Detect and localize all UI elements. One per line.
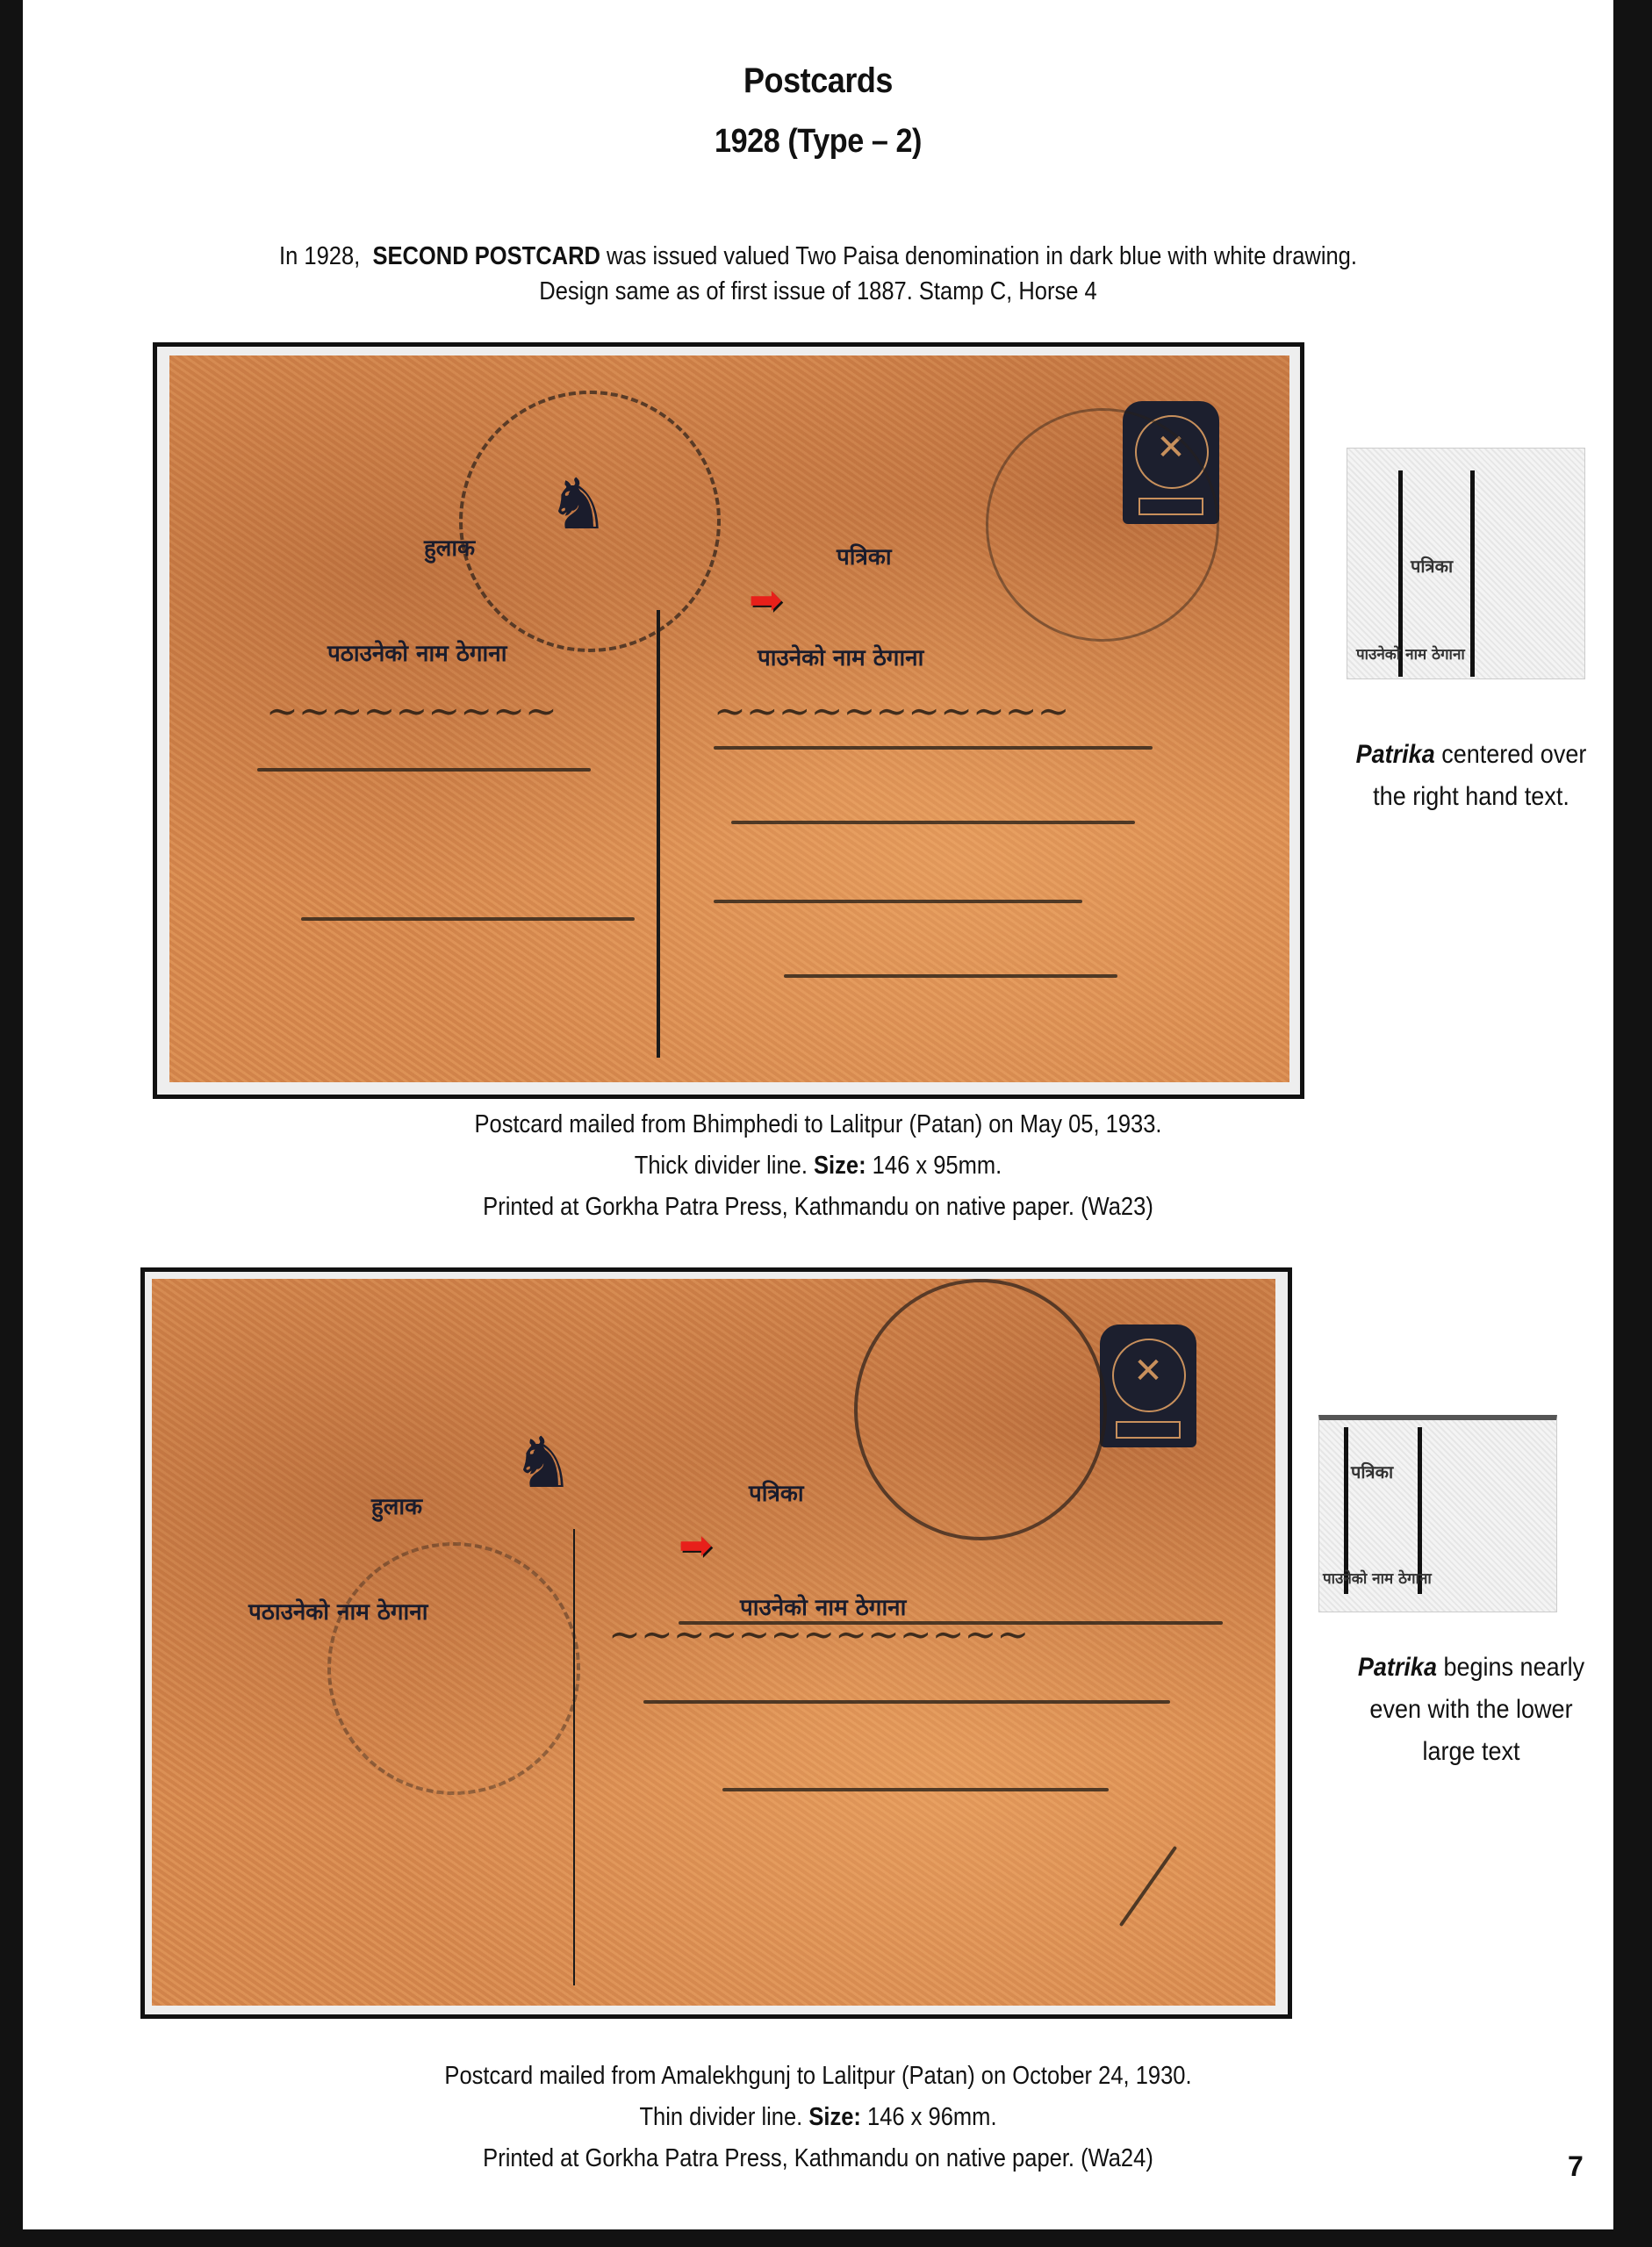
page-number: 7 xyxy=(1568,2150,1584,2183)
postcard-2-note: Patrika begins nearly even with the lowe… xyxy=(1345,1647,1598,1773)
caption-size-line: Thick divider line. Size: 146 x 95mm. xyxy=(119,1145,1519,1187)
postcard-1-caption: Postcard mailed from Bhimphedi to Lalitp… xyxy=(119,1104,1519,1228)
label-receiver-address: पाउनेको नाम ठेगाना xyxy=(758,641,923,672)
handwriting-line xyxy=(257,768,591,772)
postcard-2-image: ✕ ♞ हुलाक पत्रिका ➡ पठाउनेको नाम ठेगाना … xyxy=(152,1279,1275,2006)
label-hulak: हुलाक xyxy=(424,531,475,563)
caption-size-label: Size: xyxy=(808,2103,861,2131)
page-title: Postcards xyxy=(103,61,1534,101)
caption-route-date: Postcard mailed from Bhimphedi to Lalitp… xyxy=(119,1104,1519,1145)
intro-line-1: In 1928, SECOND POSTCARD was issued valu… xyxy=(119,239,1519,274)
postcard-1-detail-crop: पत्रिका पाउनेको नाम ठेगाना xyxy=(1347,448,1585,679)
handwriting-receiver-1: ~~~~~~~~~~~~~ xyxy=(608,1612,1029,1657)
handwriting-nepal xyxy=(1119,1846,1177,1927)
caption-printer: Printed at Gorkha Patra Press, Kathmandu… xyxy=(119,1187,1519,1228)
handwriting-line xyxy=(714,746,1153,750)
horse-emblem-icon: ♞ xyxy=(547,470,610,540)
label-patrika: पत्रिका xyxy=(837,540,892,571)
album-page: Postcards 1928 (Type – 2) In 1928, SECON… xyxy=(23,0,1613,2229)
caption-size-value: 146 x 96mm. xyxy=(867,2103,997,2131)
postcard-2-frame: ✕ ♞ हुलाक पत्रिका ➡ पठाउनेको नाम ठेगाना … xyxy=(140,1267,1292,2019)
intro-line-2: Design same as of first issue of 1887. S… xyxy=(119,274,1519,309)
handwriting-line xyxy=(679,1621,1223,1625)
handwriting-line xyxy=(301,917,635,921)
crossed-khukuri-icon: ✕ xyxy=(1100,1351,1196,1391)
handwriting-sender-1: ~~~~~~~~~ xyxy=(266,689,557,734)
label-sender-address: पठाउनेको नाम ठेगाना xyxy=(248,1595,427,1626)
detail-label-receiver: पाउनेको नाम ठेगाना xyxy=(1323,1568,1432,1588)
caption-divider-type: Thin divider line. xyxy=(639,2103,802,2131)
label-patrika: पत्रिका xyxy=(749,1476,804,1508)
handwriting-receiver-1: ~~~~~~~~~~~ xyxy=(714,689,1070,734)
postcard-2-detail-crop: पत्रिका पाउनेको नाम ठेगाना xyxy=(1318,1415,1557,1612)
stamp-value-label xyxy=(1116,1421,1181,1439)
caption-route-date: Postcard mailed from Amalekhgunj to Lali… xyxy=(119,2056,1519,2097)
postcard-2-caption: Postcard mailed from Amalekhgunj to Lali… xyxy=(119,2056,1519,2179)
postmark-cancel xyxy=(327,1542,580,1795)
note-emphasis: Patrika xyxy=(1356,740,1435,769)
handwriting-line xyxy=(643,1700,1170,1704)
postmark-arrival xyxy=(986,408,1219,642)
handwriting-line xyxy=(714,900,1082,903)
postcard-1-frame: ✕ ♞ हुलाक पत्रिका ➡ पठाउनेको नाम ठेगाना … xyxy=(153,342,1304,1099)
caption-printer: Printed at Gorkha Patra Press, Kathmandu… xyxy=(119,2138,1519,2179)
caption-size-label: Size: xyxy=(814,1152,866,1180)
postcard-1-note: Patrika centered over the right hand tex… xyxy=(1345,734,1598,818)
label-hulak: हुलाक xyxy=(371,1490,422,1521)
detail-label-patrika: पत्रिका xyxy=(1411,554,1453,578)
postmark-arrival xyxy=(854,1279,1107,1540)
caption-divider-type: Thick divider line. xyxy=(635,1152,808,1180)
divider-line-thin xyxy=(573,1529,575,1985)
handwriting-line xyxy=(784,974,1117,978)
caption-size-line: Thin divider line. Size: 146 x 96mm. xyxy=(119,2097,1519,2138)
horse-emblem-icon: ♞ xyxy=(512,1428,575,1498)
label-sender-address: पठाउनेको नाम ठेगाना xyxy=(327,636,506,668)
intro-emphasis: SECOND POSTCARD xyxy=(372,242,600,270)
divider-line-thick xyxy=(657,610,660,1058)
intro-prefix: In 1928, xyxy=(279,242,360,270)
page-subtitle: 1928 (Type – 2) xyxy=(103,123,1534,161)
intro-text: In 1928, SECOND POSTCARD was issued valu… xyxy=(119,239,1519,309)
note-emphasis: Patrika xyxy=(1358,1653,1437,1682)
red-arrow-icon: ➡ xyxy=(679,1525,713,1565)
detail-guide-line xyxy=(1470,470,1475,677)
caption-size-value: 146 x 95mm. xyxy=(873,1152,1002,1180)
detail-label-patrika: पत्रिका xyxy=(1351,1460,1393,1483)
red-arrow-icon: ➡ xyxy=(749,579,783,620)
stamp-imprint: ✕ xyxy=(1100,1325,1196,1447)
intro-suffix: was issued valued Two Paisa denomination… xyxy=(607,242,1357,270)
handwriting-line xyxy=(731,821,1135,824)
postcard-1-image: ✕ ♞ हुलाक पत्रिका ➡ पठाउनेको नाम ठेगाना … xyxy=(169,355,1289,1082)
detail-label-receiver: पाउनेको नाम ठेगाना xyxy=(1356,643,1465,664)
handwriting-line xyxy=(722,1788,1109,1791)
